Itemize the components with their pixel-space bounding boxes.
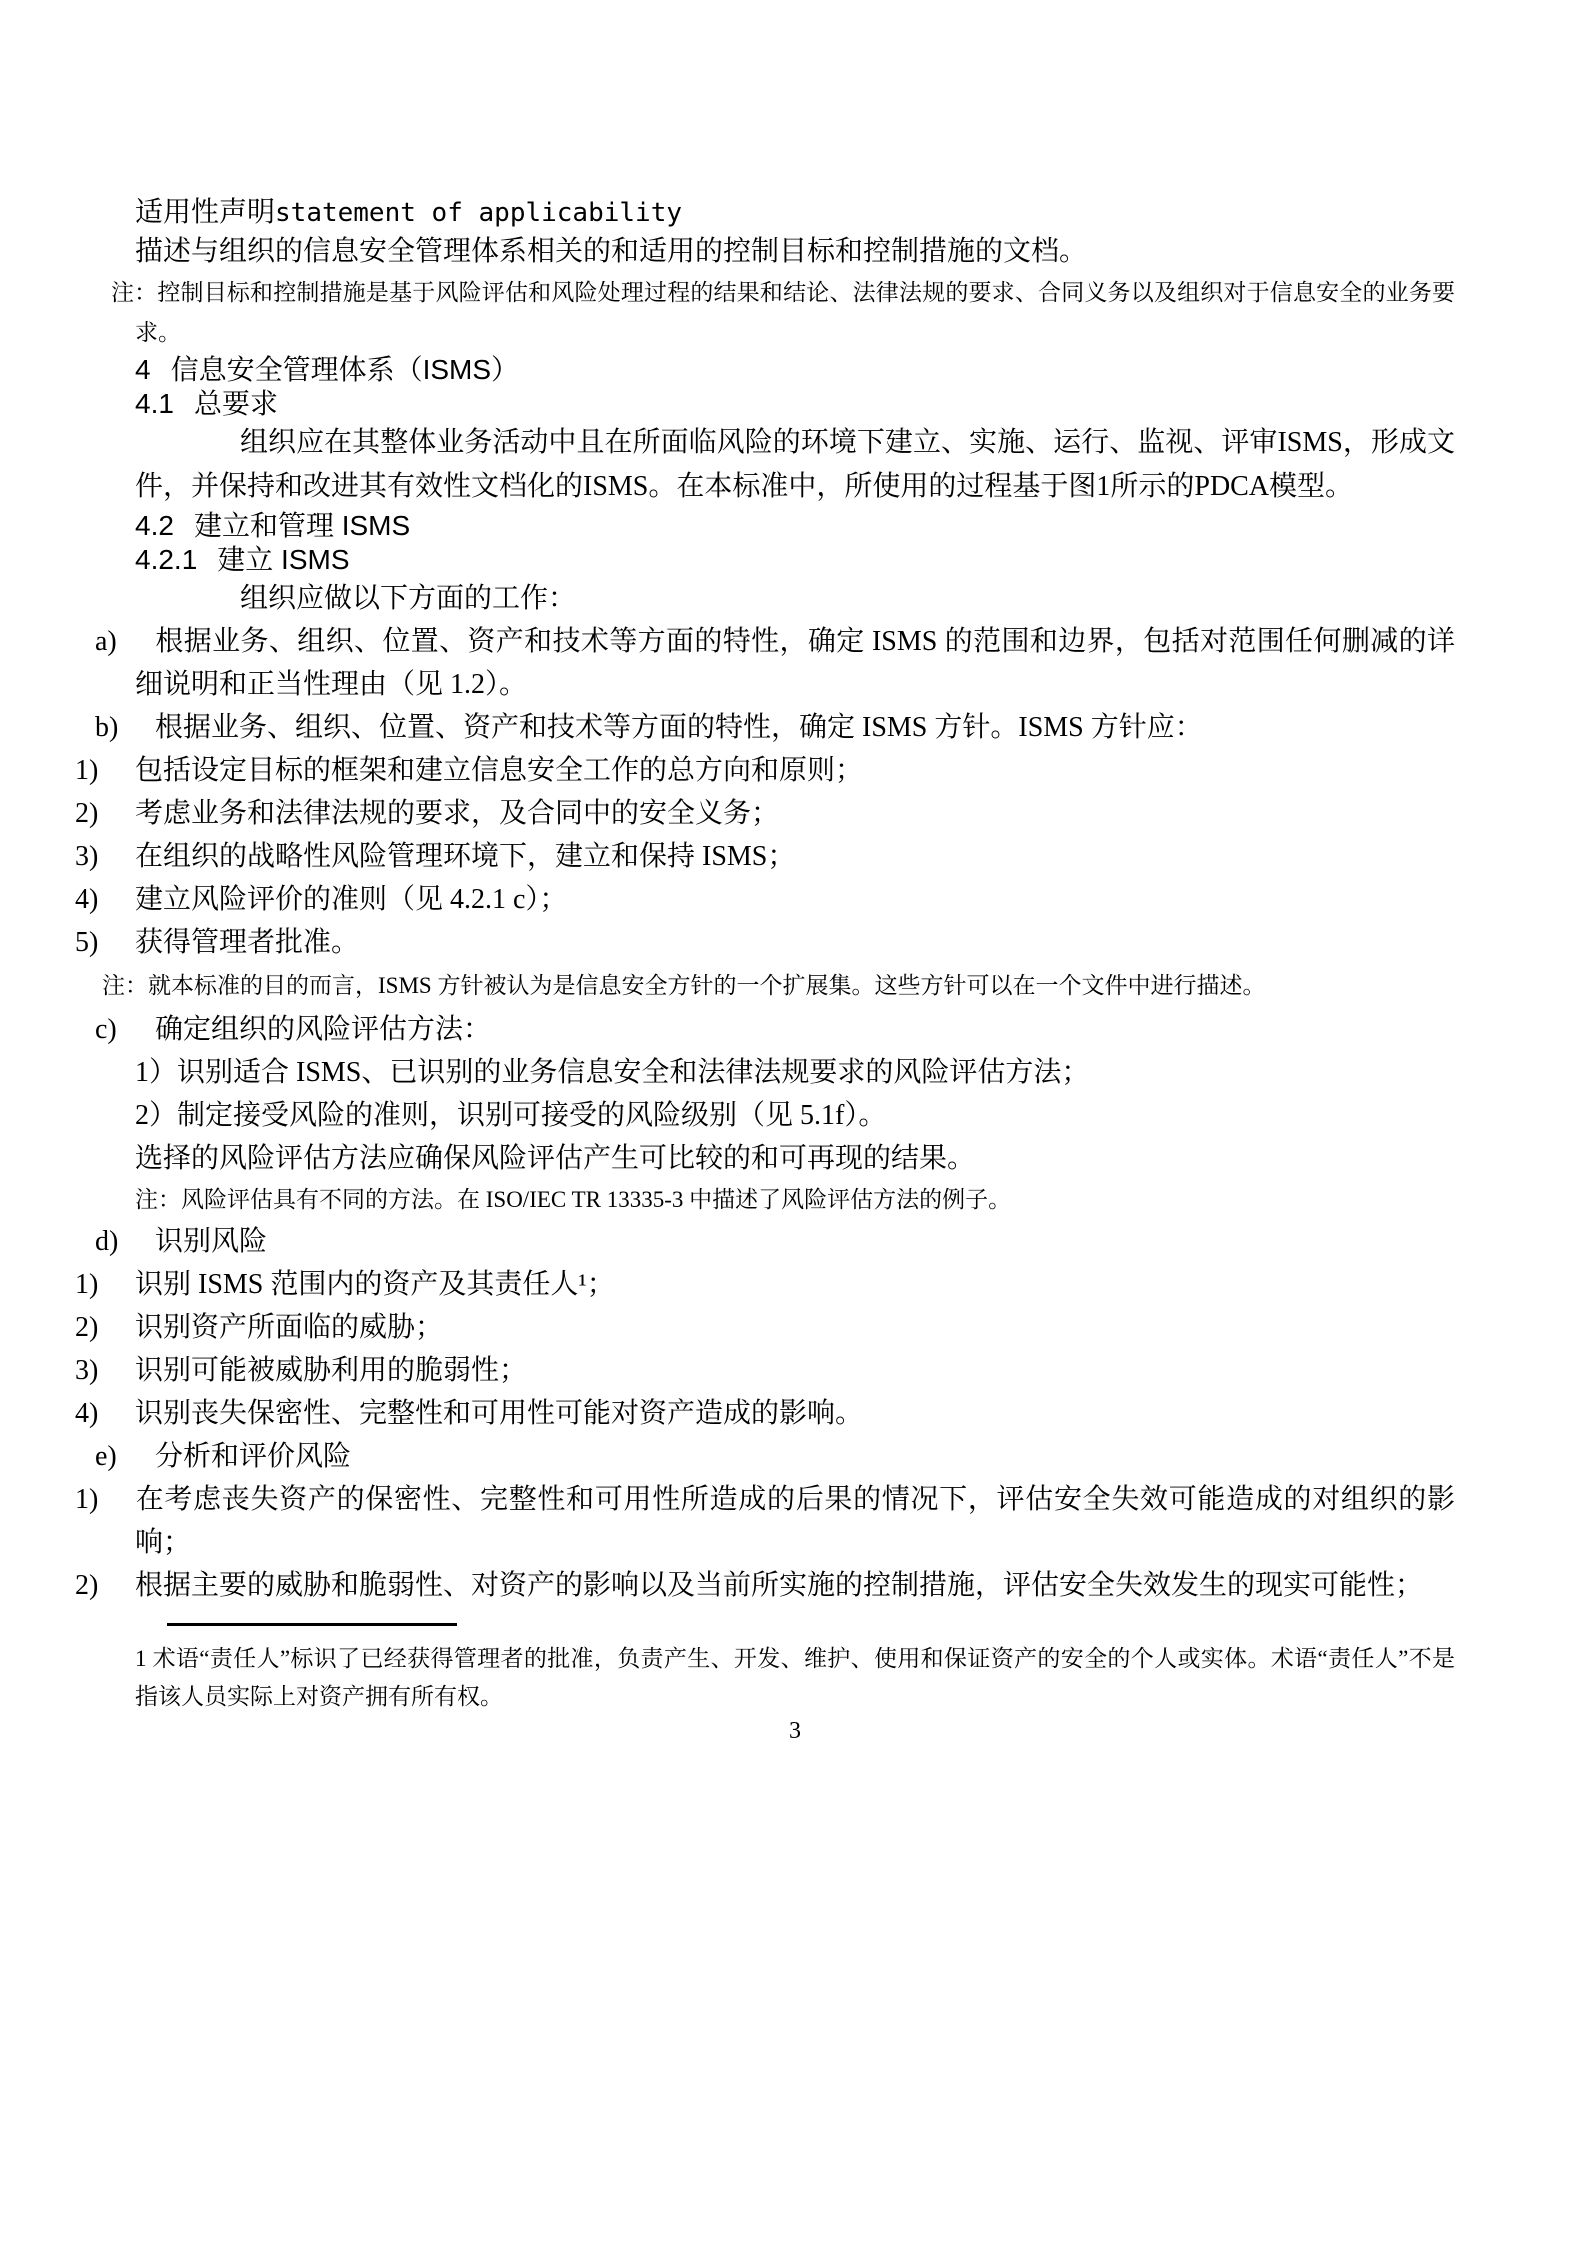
clause-4-2-1-heading: 4.2.1建立 ISMS bbox=[135, 543, 1455, 577]
clause-4-2-1-title: 建立 ISMS bbox=[217, 544, 349, 575]
list-item-d4-text: 识别丧失保密性、完整性和可用性可能对资产造成的影响。 bbox=[135, 1398, 863, 1429]
list-item-e1-label: 1) bbox=[75, 1478, 135, 1521]
list-item-c2: 2）制定接受风险的准则，识别可接受的风险级别（见 5.1f）。 bbox=[135, 1094, 1455, 1137]
list-item-c-label: c) bbox=[95, 1008, 155, 1051]
clause-4-title: 信息安全管理体系（ISMS） bbox=[171, 354, 519, 385]
list-item-d4-label: 4) bbox=[75, 1392, 135, 1435]
list-item-b-text: 根据业务、组织、位置、资产和技术等方面的特性，确定 ISMS 方针。ISMS 方… bbox=[155, 712, 1203, 743]
list-item-d-text: 识别风险 bbox=[155, 1226, 267, 1257]
list-item-d3-label: 3) bbox=[75, 1349, 135, 1392]
list-item-b5-text: 获得管理者批准。 bbox=[135, 927, 359, 958]
list-item-d3-text: 识别可能被威胁利用的脆弱性； bbox=[135, 1355, 527, 1386]
list-item-b1-text: 包括设定目标的框架和建立信息安全工作的总方向和原则； bbox=[135, 755, 863, 786]
list-item-e: e)分析和评价风险 bbox=[135, 1435, 1455, 1478]
list-item-c-text: 确定组织的风险评估方法： bbox=[155, 1014, 491, 1045]
list-item-e-label: e) bbox=[95, 1435, 155, 1478]
list-item-e1-text: 在考虑丧失资产的保密性、完整性和可用性所造成的后果的情况下，评估安全失效可能造成… bbox=[135, 1484, 1455, 1558]
list-item-a-label: a) bbox=[95, 620, 155, 663]
list-item-a-text: 根据业务、组织、位置、资产和技术等方面的特性，确定 ISMS 的范围和边界，包括… bbox=[135, 626, 1455, 700]
clause-4-2-1-number: 4.2.1 bbox=[135, 544, 197, 575]
term-note: 注：控制目标和控制措施是基于风险评估和风险处理过程的结果和结论、法律法规的要求、… bbox=[135, 273, 1455, 353]
list-item-c: c)确定组织的风险评估方法： bbox=[135, 1008, 1455, 1051]
list-item-b3-label: 3) bbox=[75, 835, 135, 878]
list-item-b-note: 注：就本标准的目的而言，ISMS 方针被认为是信息安全方针的一个扩展集。这些方针… bbox=[135, 964, 1455, 1008]
list-item-b4-label: 4) bbox=[75, 878, 135, 921]
term-heading-zh: 适用性声明 bbox=[135, 196, 275, 227]
list-item-e2-text: 根据主要的威胁和脆弱性、对资产的影响以及当前所实施的控制措施，评估安全失效发生的… bbox=[135, 1570, 1423, 1601]
list-item-b4: 4)建立风险评价的准则（见 4.2.1 c）； bbox=[135, 878, 1455, 921]
clause-4-1-heading: 4.1总要求 bbox=[135, 387, 1455, 421]
list-item-b4-text: 建立风险评价的准则（见 4.2.1 c）； bbox=[135, 884, 567, 915]
list-item-c-paragraph: 选择的风险评估方法应确保风险评估产生可比较的和可再现的结果。 bbox=[135, 1137, 1455, 1180]
list-item-e2: 2)根据主要的威胁和脆弱性、对资产的影响以及当前所实施的控制措施，评估安全失效发… bbox=[135, 1564, 1455, 1607]
clause-4-2-1-intro: 组织应做以下方面的工作： bbox=[135, 577, 1455, 620]
list-item-e-text: 分析和评价风险 bbox=[155, 1441, 351, 1472]
term-heading-en: statement of applicability bbox=[275, 198, 682, 228]
list-item-b5-label: 5) bbox=[75, 921, 135, 964]
term-heading: 适用性声明statement of applicability bbox=[135, 195, 1455, 230]
clause-4-1-paragraph: 组织应在其整体业务活动中且在所面临风险的环境下建立、实施、运行、监视、评审ISM… bbox=[135, 421, 1455, 509]
clause-4-2-number: 4.2 bbox=[135, 510, 174, 541]
list-item-d2-label: 2) bbox=[75, 1306, 135, 1349]
list-item-b3-text: 在组织的战略性风险管理环境下，建立和保持 ISMS； bbox=[135, 841, 795, 872]
list-item-e1: 1)在考虑丧失资产的保密性、完整性和可用性所造成的后果的情况下，评估安全失效可能… bbox=[135, 1478, 1455, 1564]
list-item-c-note: 注：风险评估具有不同的方法。在 ISO/IEC TR 13335-3 中描述了风… bbox=[135, 1180, 1455, 1220]
clause-4-number: 4 bbox=[135, 354, 151, 385]
list-item-d1-text: 识别 ISMS 范围内的资产及其责任人¹； bbox=[135, 1269, 615, 1300]
clause-4-2-heading: 4.2建立和管理 ISMS bbox=[135, 509, 1455, 543]
list-item-b1: 1)包括设定目标的框架和建立信息安全工作的总方向和原则； bbox=[135, 749, 1455, 792]
list-item-d1: 1)识别 ISMS 范围内的资产及其责任人¹； bbox=[135, 1263, 1455, 1306]
list-item-d3: 3)识别可能被威胁利用的脆弱性； bbox=[135, 1349, 1455, 1392]
list-item-d4: 4)识别丧失保密性、完整性和可用性可能对资产造成的影响。 bbox=[135, 1392, 1455, 1435]
list-item-d-label: d) bbox=[95, 1220, 155, 1263]
document-page: 适用性声明statement of applicability 描述与组织的信息… bbox=[0, 0, 1587, 2245]
list-item-d: d)识别风险 bbox=[135, 1220, 1455, 1263]
page-number: 3 bbox=[135, 1716, 1455, 1746]
list-item-b5: 5)获得管理者批准。 bbox=[135, 921, 1455, 964]
footnote-text: 1 术语“责任人”标识了已经获得管理者的批准，负责产生、开发、维护、使用和保证资… bbox=[135, 1640, 1455, 1716]
list-item-d2: 2)识别资产所面临的威胁； bbox=[135, 1306, 1455, 1349]
list-item-b2: 2)考虑业务和法律法规的要求，及合同中的安全义务； bbox=[135, 792, 1455, 835]
list-item-e2-label: 2) bbox=[75, 1564, 135, 1607]
footnote-separator bbox=[167, 1623, 457, 1626]
list-item-c1: 1）识别适合 ISMS、已识别的业务信息安全和法律法规要求的风险评估方法； bbox=[135, 1051, 1455, 1094]
clause-4-2-title: 建立和管理 ISMS bbox=[194, 510, 410, 541]
list-item-b2-label: 2) bbox=[75, 792, 135, 835]
clause-4-1-title: 总要求 bbox=[194, 388, 278, 419]
list-item-d2-text: 识别资产所面临的威胁； bbox=[135, 1312, 443, 1343]
list-item-b-label: b) bbox=[95, 706, 155, 749]
clause-4-1-number: 4.1 bbox=[135, 388, 174, 419]
list-item-b1-label: 1) bbox=[75, 749, 135, 792]
clause-4-heading: 4信息安全管理体系（ISMS） bbox=[135, 353, 1455, 387]
term-definition: 描述与组织的信息安全管理体系相关的和适用的控制目标和控制措施的文档。 bbox=[135, 230, 1455, 273]
list-item-d1-label: 1) bbox=[75, 1263, 135, 1306]
list-item-a: a)根据业务、组织、位置、资产和技术等方面的特性，确定 ISMS 的范围和边界，… bbox=[135, 620, 1455, 706]
list-item-b: b)根据业务、组织、位置、资产和技术等方面的特性，确定 ISMS 方针。ISMS… bbox=[135, 706, 1455, 749]
list-item-b3: 3)在组织的战略性风险管理环境下，建立和保持 ISMS； bbox=[135, 835, 1455, 878]
list-item-b2-text: 考虑业务和法律法规的要求，及合同中的安全义务； bbox=[135, 798, 779, 829]
